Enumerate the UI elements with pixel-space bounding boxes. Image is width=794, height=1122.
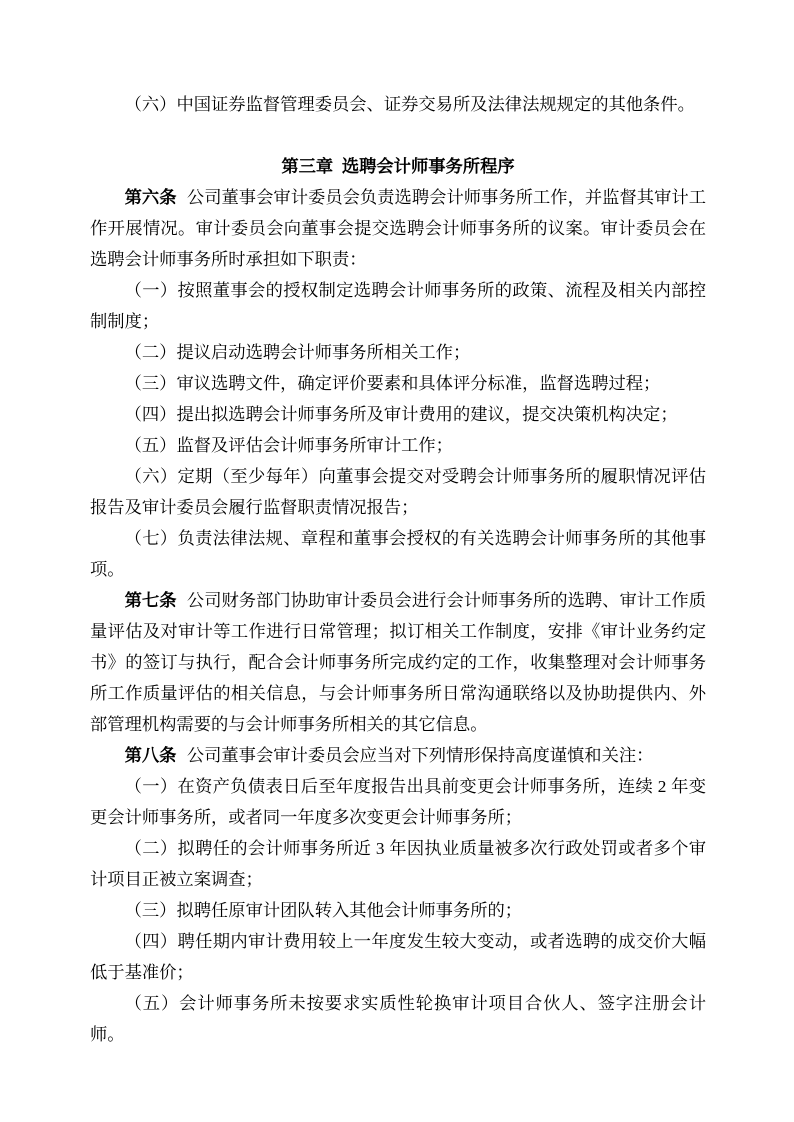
article-7-label: 第七条: [125, 591, 177, 610]
article-8-item-2: （二）拟聘任的会计师事务所近 3 年因执业质量被多次行政处罚或者多个审计项目正被…: [90, 833, 706, 895]
article-6-item-5: （五）监督及评估会计师事务所审计工作；: [90, 430, 706, 461]
article-8-item-5: （五）会计师事务所未按要求实质性轮换审计项目合伙人、签字注册会计师。: [90, 988, 706, 1050]
article-8-item-3: （三）拟聘任原审计团队转入其他会计师事务所的；: [90, 895, 706, 926]
article-8-item-4: （四）聘任期内审计费用较上一年度发生较大变动，或者选聘的成交价大幅低于基准价；: [90, 926, 706, 988]
article-6-paragraph: 第六条公司董事会审计委员会负责选聘会计师事务所工作，并监督其审计工作开展情况。审…: [90, 182, 706, 275]
article-6-text: 公司董事会审计委员会负责选聘会计师事务所工作，并监督其审计工作开展情况。审计委员…: [90, 188, 706, 269]
document-page: （六）中国证券监督管理委员会、证券交易所及法律法规规定的其他条件。 第三章选聘会…: [0, 0, 794, 1122]
article-8-item-1: （一）在资产负债表日后至年度报告出具前变更会计师事务所，连续 2 年变更会计师事…: [90, 771, 706, 833]
chapter-number: 第三章: [281, 157, 333, 176]
article-8-label: 第八条: [125, 746, 177, 765]
article-6-item-6: （六）定期（至少每年）向董事会提交对受聘会计师事务所的履职情况评估报告及审计委员…: [90, 461, 706, 523]
article-7-text: 公司财务部门协助审计委员会进行会计师事务所的选聘、审计工作质量评估及对审计等工作…: [90, 591, 706, 734]
article-7-paragraph: 第七条公司财务部门协助审计委员会进行会计师事务所的选聘、审计工作质量评估及对审计…: [90, 585, 706, 740]
article-6-item-4: （四）提出拟选聘会计师事务所及审计费用的建议，提交决策机构决定；: [90, 399, 706, 430]
article-6-item-2: （二）提议启动选聘会计师事务所相关工作；: [90, 337, 706, 368]
article-6-label: 第六条: [125, 188, 177, 207]
article-8-text: 公司董事会审计委员会应当对下列情形保持高度谨慎和关注：: [187, 746, 654, 765]
article-6-item-3: （三）审议选聘文件，确定评价要素和具体评分标准，监督选聘过程；: [90, 368, 706, 399]
article-8-paragraph: 第八条公司董事会审计委员会应当对下列情形保持高度谨慎和关注：: [90, 740, 706, 771]
article-6-item-7: （七）负责法律法规、章程和董事会授权的有关选聘会计师事务所的其他事项。: [90, 523, 706, 585]
leading-list-item: （六）中国证券监督管理委员会、证券交易所及法律法规规定的其他条件。: [90, 89, 706, 120]
article-6-item-1: （一）按照董事会的授权制定选聘会计师事务所的政策、流程及相关内部控制制度；: [90, 275, 706, 337]
chapter-title: 选聘会计师事务所程序: [342, 157, 515, 176]
chapter-heading: 第三章选聘会计师事务所程序: [90, 151, 706, 182]
